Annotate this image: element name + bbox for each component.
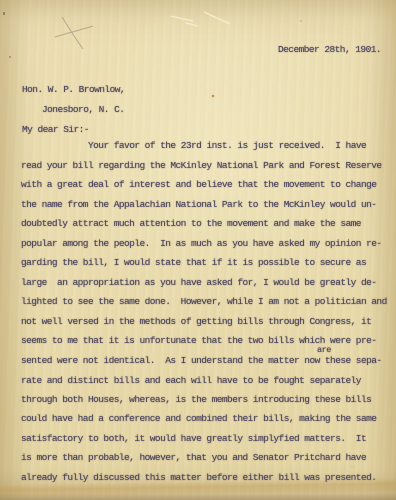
body-line: sented were not identical. As I understa… [21,355,382,366]
paper-bottom-edge [0,494,396,500]
recipient-city-line: Jonesboro, N. C. [42,104,124,115]
salutation-line: My dear Sir:- [22,124,89,135]
body-line: read your bill regarding the McKinley Na… [21,160,382,171]
body-line: doubtedly attract much attention to the … [21,218,361,229]
body-line: could have had a conference and combined… [21,413,376,424]
paper-blemishes [0,0,396,500]
pencil-cross-mark [55,17,93,49]
interline-insertion-are: are [317,345,331,355]
letter-page: December 28th, 1901. Hon. W. P. Brownlow… [0,0,396,500]
body-line: through both Houses, whereas, is the mem… [21,394,371,405]
body-line: garding the bill, I would state that if … [21,257,366,268]
crease-marks [170,12,230,26]
body-line: not well versed in the methods of gettin… [21,316,371,327]
body-line: satisfactory to both, it would have grea… [21,433,366,444]
body-line: lighted to see the same done. However, w… [21,296,387,307]
body-line: popular among the people. In as much as … [21,238,382,249]
body-line: is more than probable, however, that you… [21,452,366,463]
recipient-name-line: Hon. W. P. Brownlow, [22,84,125,95]
body-line: Your favor of the 23rd inst. is just rec… [21,140,366,151]
body-line: with a great deal of interest and believ… [21,179,376,190]
date-line: December 28th, 1901. [278,44,381,55]
body-line: the name from the Appalachian National P… [21,199,376,210]
body-line: rate and distinct bills and each will ha… [21,375,361,386]
body-line: large an appropriation as you have asked… [21,277,376,288]
